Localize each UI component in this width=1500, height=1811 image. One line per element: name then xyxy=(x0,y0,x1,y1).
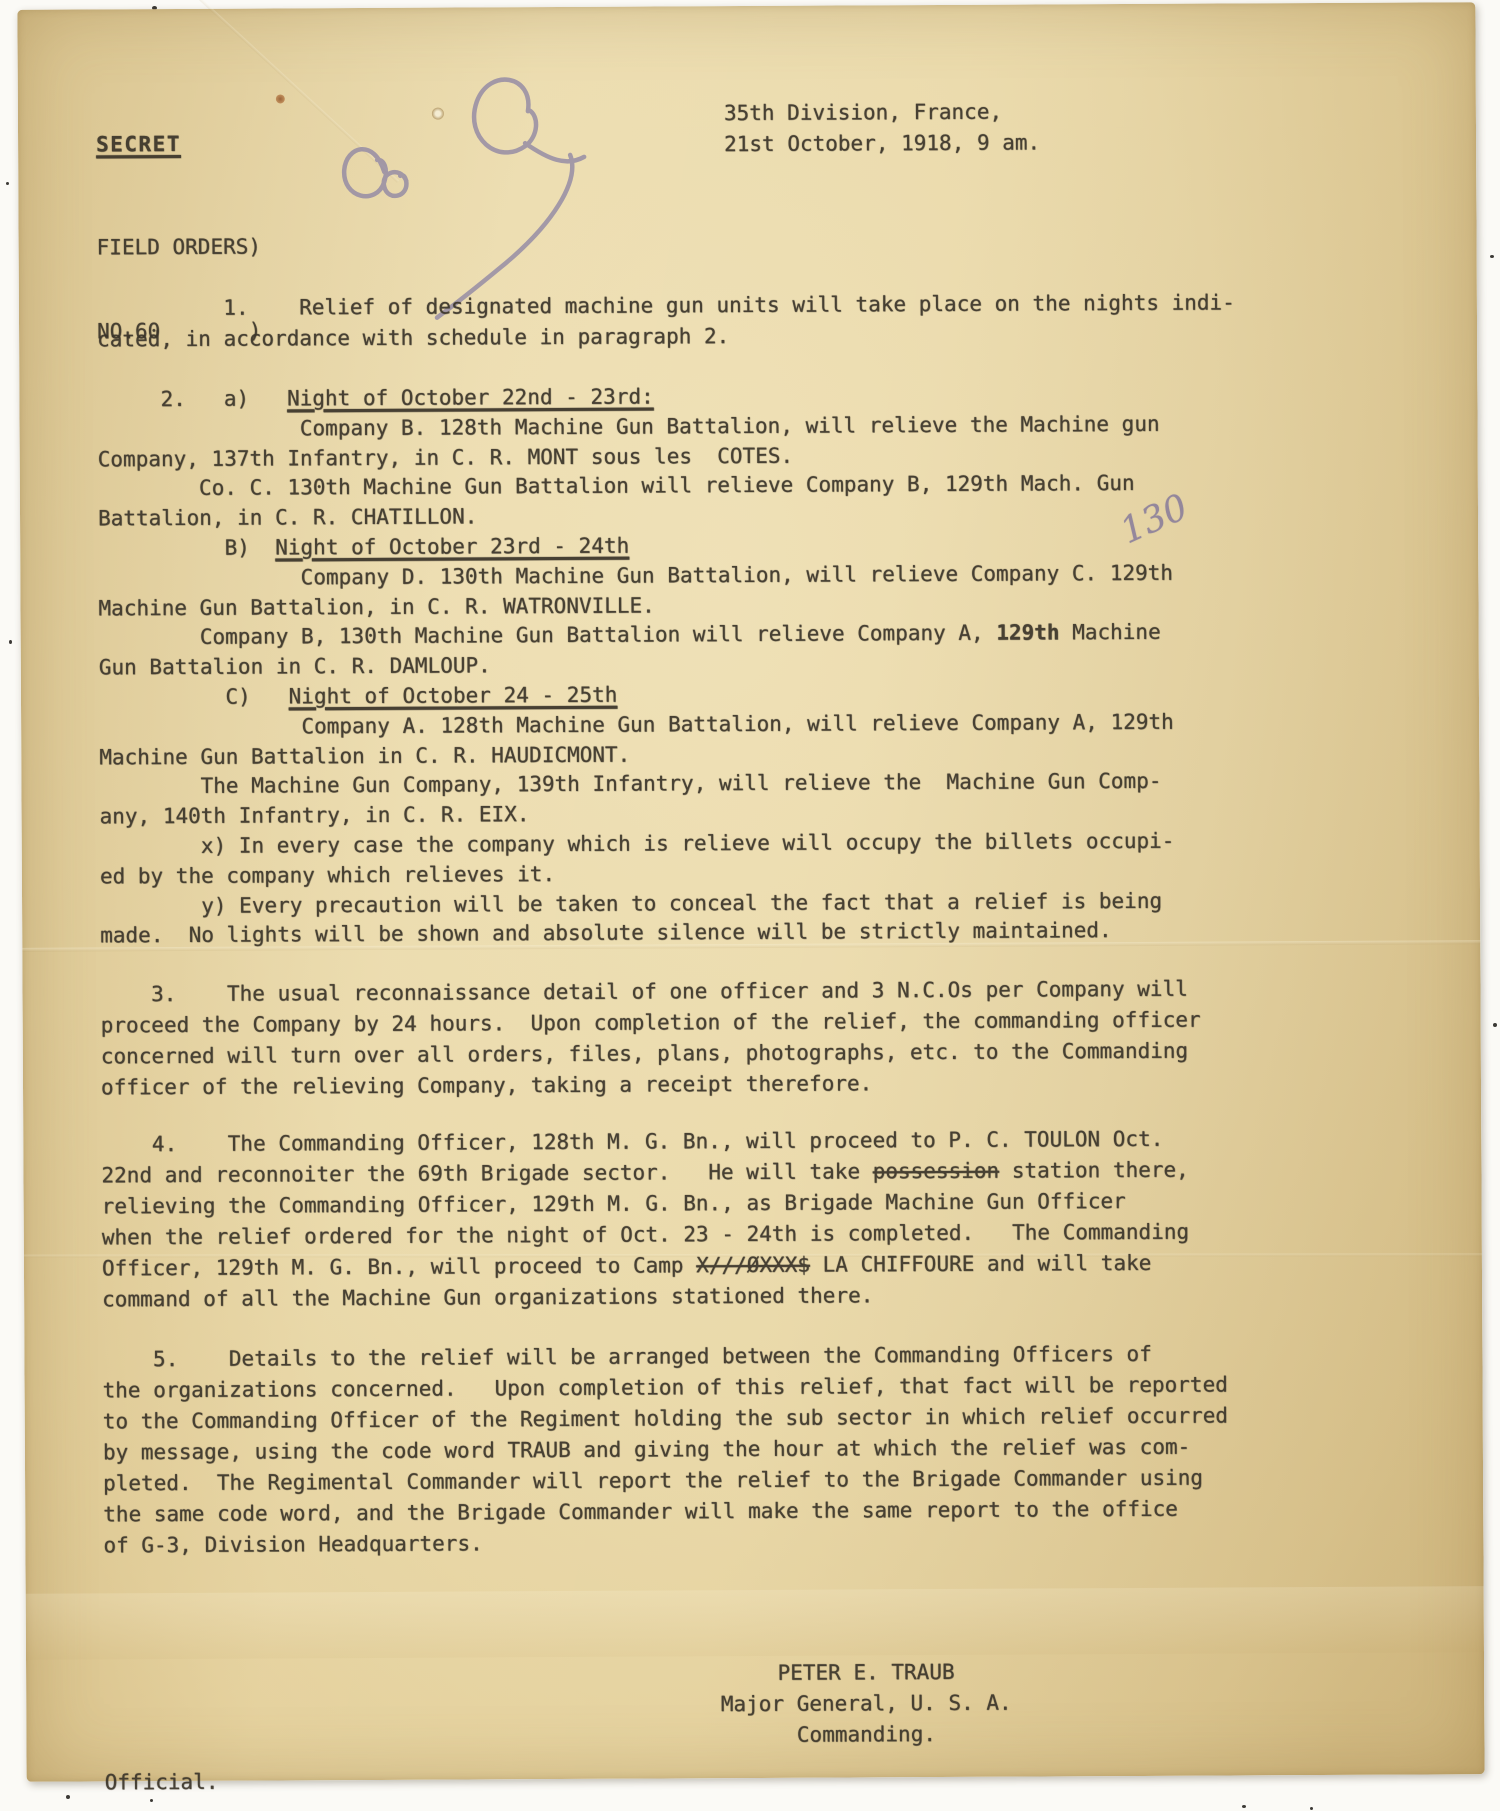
typed-text: station there, xyxy=(999,1158,1189,1183)
document-line: Company B. 128th Machine Gun Battalion, … xyxy=(97,410,1172,445)
typed-text: C) xyxy=(99,684,289,709)
document-line: Officer, 129th M. G. Bn., will proceed t… xyxy=(102,1248,1189,1285)
struck-out-text: X///ØXXX$ xyxy=(696,1253,810,1278)
order-label: FIELD ORDERS) xyxy=(97,233,262,262)
typed-text: Officer, 129th M. G. Bn., will proceed t… xyxy=(102,1253,696,1280)
document-line: command of all the Machine Gun organizat… xyxy=(102,1279,1189,1316)
dust-speck xyxy=(6,182,9,185)
document-line: 1. Relief of designated machine gun unit… xyxy=(97,287,1235,324)
document-line: officer of the relieving Company, taking… xyxy=(101,1067,1201,1104)
paragraph-5: 5. Details to the relief will be arrange… xyxy=(102,1339,1228,1562)
rust-stain xyxy=(276,94,285,103)
dust-speck xyxy=(66,1795,70,1799)
document-line: 35th Division, France, xyxy=(724,96,1040,129)
document-line: 21st October, 1918, 9 am. xyxy=(724,127,1040,160)
typed-text: Company B, 130th Machine Gun Battalion w… xyxy=(99,621,997,650)
document-line: Co. C. 130th Machine Gun Battalion will … xyxy=(98,469,1173,504)
document-line: x) In every case the company which is re… xyxy=(100,827,1175,862)
document-line: Major General, U. S. A. xyxy=(666,1687,1066,1720)
typed-text: Machine xyxy=(1059,620,1160,645)
dateline: 35th Division, France,21st October, 1918… xyxy=(724,96,1040,160)
dust-speck xyxy=(1310,1807,1313,1810)
document-line: Company B, 130th Machine Gun Battalion w… xyxy=(99,618,1174,653)
typed-text: 129th xyxy=(996,621,1059,645)
scan-background: SECRET FIELD ORDERS) NO.60 ) 35th Divisi… xyxy=(0,0,1500,1811)
document-line: concerned will turn over all orders, fil… xyxy=(101,1036,1201,1073)
dust-speck xyxy=(1242,1805,1246,1808)
document-line: of G-3, Division Headquarters. xyxy=(103,1525,1228,1562)
document-line: the same code word, and the Brigade Comm… xyxy=(103,1494,1228,1531)
document-line: The Machine Gun Company, 139th Infantry,… xyxy=(99,767,1174,802)
typed-text: 2. a) xyxy=(97,386,287,411)
dust-speck xyxy=(150,1799,153,1802)
document-line: Company D. 130th Machine Gun Battalion, … xyxy=(98,559,1173,594)
dust-speck xyxy=(1493,1023,1497,1027)
signature-block: PETER E. TRAUBMajor General, U. S. A.Com… xyxy=(666,1656,1066,1751)
typed-text: B) xyxy=(98,535,275,560)
field-orders-heading: FIELD ORDERS) NO.60 ) xyxy=(96,177,262,402)
typed-text: LA CHIFFOURE and will take xyxy=(810,1251,1151,1277)
paragraph-4: 4. The Commanding Officer, 128th M. G. B… xyxy=(101,1124,1189,1316)
underlined-heading-text: Night of October 22nd - 23rd: xyxy=(287,385,654,411)
document-line: cated, in accordance with schedule in pa… xyxy=(97,318,1235,355)
document-page: SECRET FIELD ORDERS) NO.60 ) 35th Divisi… xyxy=(17,2,1484,1782)
struck-out-text: possession xyxy=(873,1159,1000,1184)
underlined-heading-text: Night of October 24 - 25th xyxy=(289,683,618,709)
dust-speck xyxy=(1490,255,1494,258)
typed-text: 22nd and reconnoiter the 69th Brigade se… xyxy=(101,1159,872,1187)
paper-crease xyxy=(26,1586,1484,1660)
official-label: Official. xyxy=(105,1767,219,1799)
dust-speck xyxy=(9,640,12,644)
classification-stamp: SECRET xyxy=(96,129,181,160)
document-line: PETER E. TRAUB xyxy=(666,1656,1066,1689)
paragraph-2: 2. a) Night of October 22nd - 23rd: Comp… xyxy=(97,380,1175,952)
document-line: Company A. 128th Machine Gun Battalion, … xyxy=(99,708,1174,743)
underlined-heading-text: Night of October 23rd - 24th xyxy=(275,534,629,560)
document-line: made. No lights will be shown and absolu… xyxy=(100,916,1175,951)
paragraph-1: 1. Relief of designated machine gun unit… xyxy=(97,287,1235,355)
paragraph-3: 3. The usual reconnaissance detail of on… xyxy=(100,974,1201,1104)
document-line: Commanding. xyxy=(666,1718,1066,1751)
